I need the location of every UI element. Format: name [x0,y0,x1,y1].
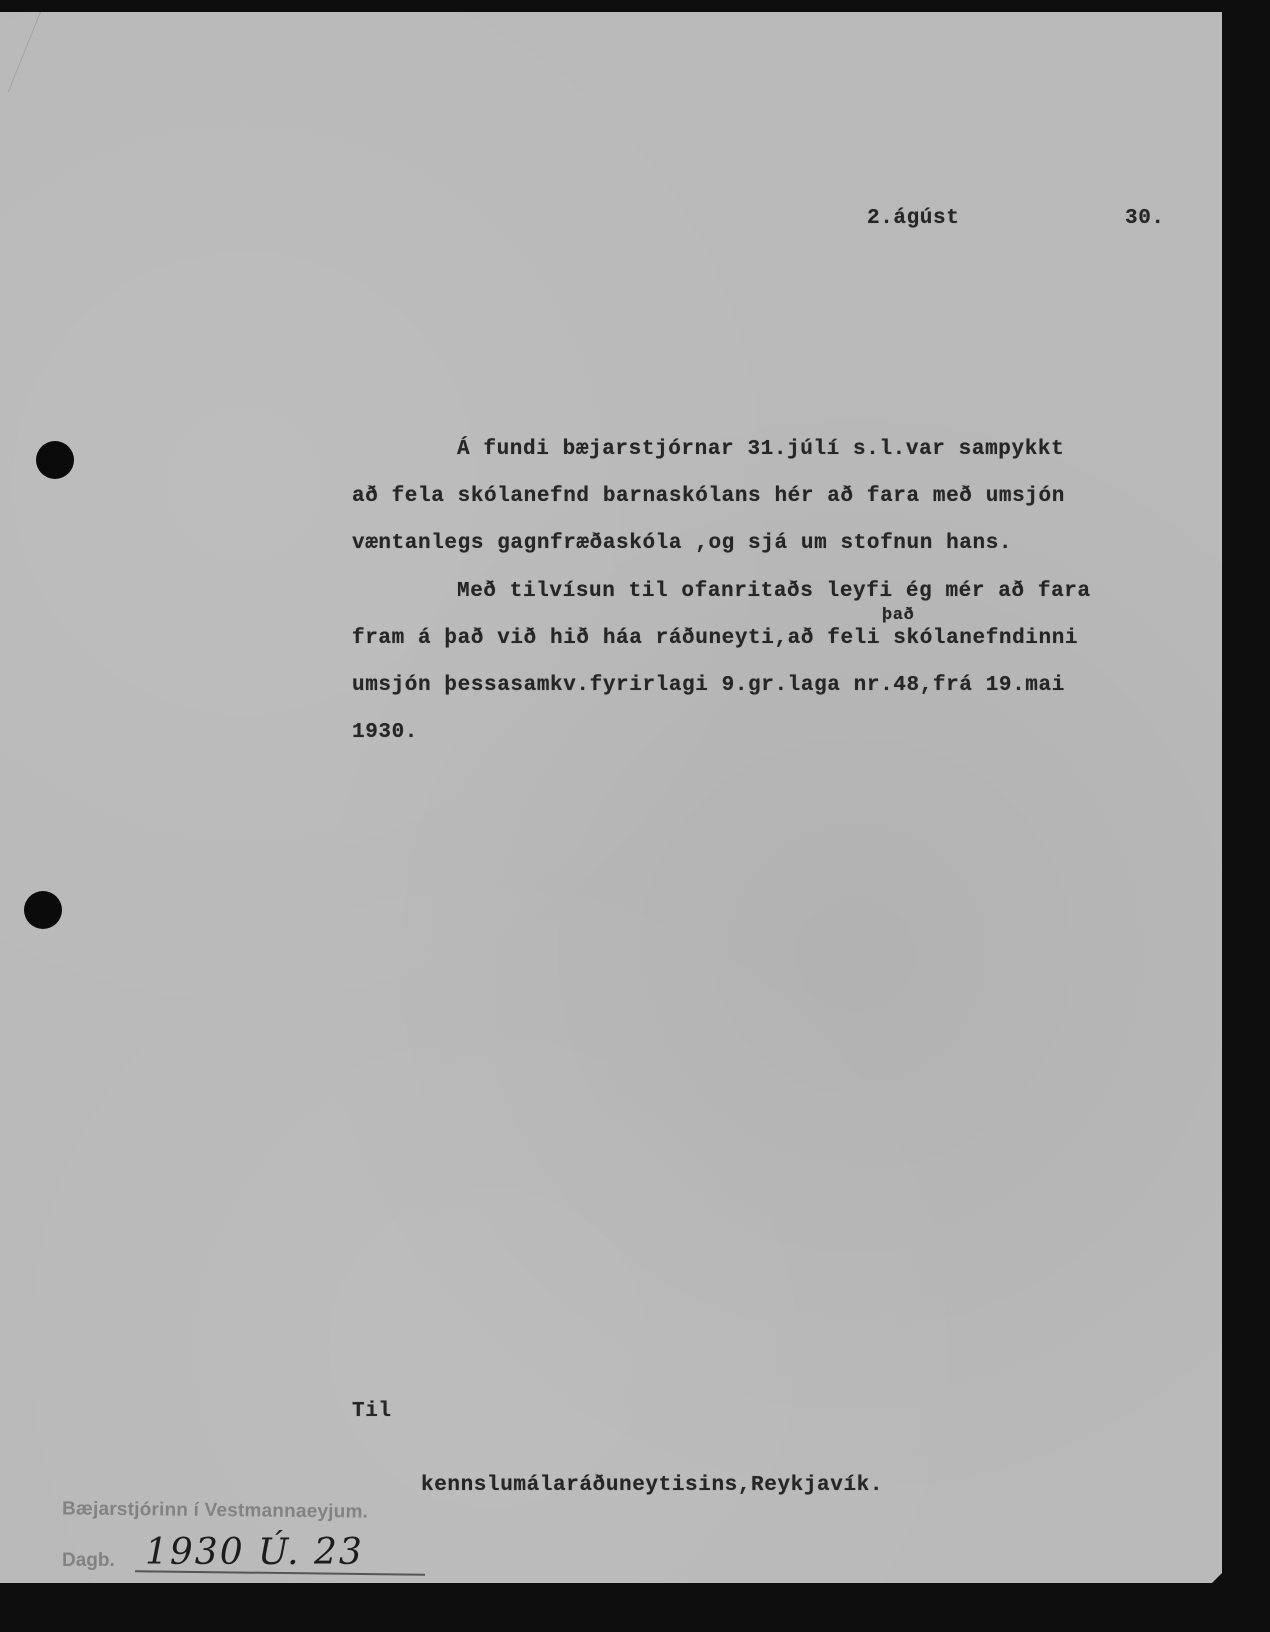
document-page: 2.ágúst 30. Á fundi bæjarstjórnar 31.júl… [0,12,1222,1583]
body-line: að fela skólanefnd barnaskólans hér að f… [352,485,1065,508]
page-fold-crease [0,12,41,92]
page-corner-fold [1212,1573,1222,1583]
addressee: kennslumálaráðuneytisins,Reykjavík. [421,1474,883,1497]
body-line: Með tilvísun til ofanritaðs leyfi ég mér… [457,580,1091,603]
body-line: umsjón þessasamkv.fyrirlagi 9.gr.laga nr… [352,674,1065,697]
registry-handwritten-entry: 1930 Ú. 23 [145,1532,364,1573]
registry-underline [135,1570,425,1576]
punch-hole-icon [24,891,62,929]
punch-hole-icon [36,441,74,479]
letter-date: 2.ágúst [867,207,959,230]
body-line: fram á það við hið háa ráðuneyti,að feli… [352,627,1078,650]
body-line: 1930. [352,721,418,744]
registry-stamp-organization: Bæjarstjórinn í Vestmannaeyjum. [62,1498,368,1523]
body-line: Á fundi bæjarstjórnar 31.júlí s.l.var sa… [457,438,1064,461]
registry-stamp-label: Dagb. [62,1550,115,1572]
letter-year: 30. [1125,207,1165,230]
interlinear-insertion: það [882,606,914,625]
salutation: Til [352,1400,392,1423]
body-line: væntanlegs gagnfræðaskóla ,og sjá um sto… [352,532,1012,555]
